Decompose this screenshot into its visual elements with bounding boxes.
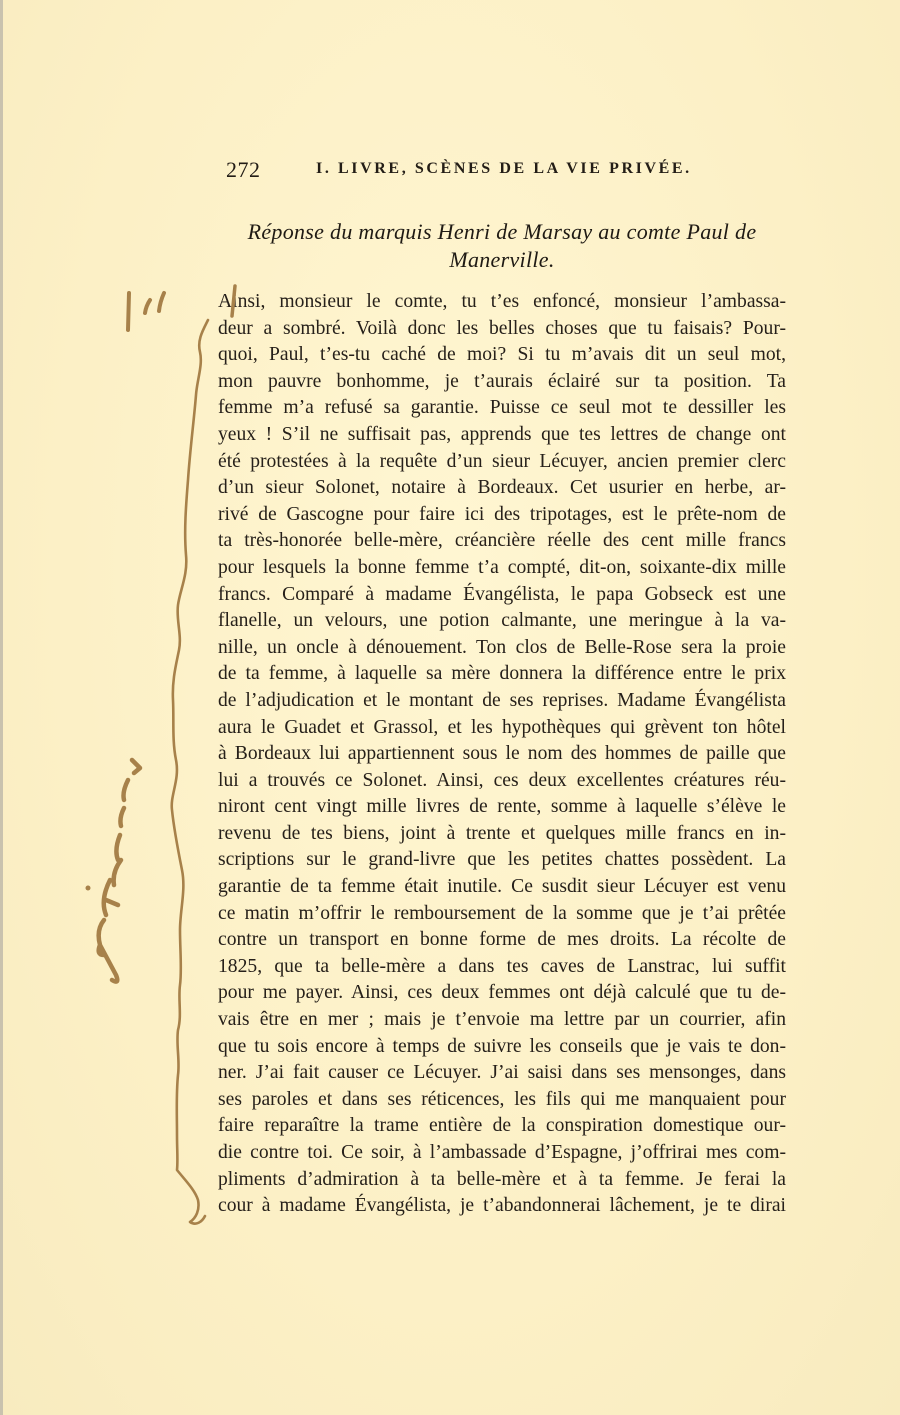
body-line: de l’adjudication et le montant de ses r… (218, 688, 786, 715)
body-line: contre un transport en bonne forme de me… (218, 927, 786, 954)
body-line: deur a sombré. Voilà donc les belles cho… (218, 316, 786, 343)
body-line: garantie de ta femme était inutile. Ce s… (218, 874, 786, 901)
letter-heading-line-1: Réponse du marquis Henri de Marsay au co… (214, 218, 790, 246)
running-head-title: I. LIVRE, SCÈNES DE LA VIE PRIVÉE. (316, 160, 692, 178)
body-line: cour à madame Évangélista, je t’abandonn… (218, 1193, 786, 1220)
letter-heading-line-2: Manerville. (214, 246, 790, 274)
letter-heading: Réponse du marquis Henri de Marsay au co… (214, 218, 790, 274)
body-line: francs. Comparé à madame Évangélista, le… (218, 582, 786, 609)
body-line: revenu de tes biens, joint à trente et q… (218, 821, 786, 848)
body-line: d’un sieur Solonet, notaire à Bordeaux. … (218, 475, 786, 502)
body-line: nille, un oncle à dénouement. Ton clos d… (218, 635, 786, 662)
body-line: aura le Guadet et Grassol, et les hypoth… (218, 715, 786, 742)
body-line: à Bordeaux lui appartiennent sous le nom… (218, 741, 786, 768)
body-line: été protestées à la requête d’un sieur L… (218, 449, 786, 476)
body-line: yeux ! S’il ne suffisait pas, apprends q… (218, 422, 786, 449)
annotation-bar-icon (128, 293, 129, 330)
annotation-bracket-icon (172, 320, 208, 1224)
body-line: de ta femme, à laquelle sa mère donnera … (218, 661, 786, 688)
body-line: Ainsi, monsieur le comte, tu t’es enfonc… (218, 289, 786, 316)
body-line: ner. J’ai fait causer ce Lécuyer. J’ai s… (218, 1060, 786, 1087)
page-number: 272 (226, 157, 261, 183)
page-edge (0, 0, 3, 1415)
body-line: rivé de Gascogne pour faire ici des trip… (218, 502, 786, 529)
letter-body: Ainsi, monsieur le comte, tu t’es enfonc… (218, 289, 786, 1220)
annotation-quote-icon (145, 300, 150, 313)
body-line: quoi, Paul, t’es-tu caché de moi? Si tu … (218, 342, 786, 369)
body-line: pour me payer. Ainsi, ces deux femmes on… (218, 980, 786, 1007)
body-line: pour lesquels la bonne femme t’a compté,… (218, 555, 786, 582)
body-line: femme m’a refusé sa garantie. Puisse ce … (218, 395, 786, 422)
body-line: faire reparaître la trame entière de la … (218, 1113, 786, 1140)
body-line: ce matin m’offrir le remboursement de la… (218, 901, 786, 928)
body-line: 1825, que ta belle-mère a dans tes caves… (218, 954, 786, 981)
body-line: mon pauvre bonhomme, je t’aurais éclairé… (218, 369, 786, 396)
body-line: vais être en mer ; mais je t’envoie ma l… (218, 1007, 786, 1034)
signature-icon (99, 760, 140, 982)
annotation-quote-icon (159, 293, 164, 311)
body-line: scriptions sur le grand-livre que les pe… (218, 847, 786, 874)
body-line: que tu sois encore à temps de suivre les… (218, 1034, 786, 1061)
body-line: die contre toi. Ce soir, à l’ambassade d… (218, 1140, 786, 1167)
body-line: ses paroles et dans ses réticences, les … (218, 1087, 786, 1114)
book-page: 272 I. LIVRE, SCÈNES DE LA VIE PRIVÉE. R… (0, 0, 900, 1415)
body-line: niront cent vingt mille livres de rente,… (218, 794, 786, 821)
body-line: flanelle, un velours, une potion calmant… (218, 608, 786, 635)
running-head: 272 I. LIVRE, SCÈNES DE LA VIE PRIVÉE. (226, 157, 696, 185)
signature-dot-icon (86, 886, 91, 891)
body-line: pliments d’admiration à ta belle-mère et… (218, 1167, 786, 1194)
body-line: ta très-honorée belle-mère, créancière r… (218, 528, 786, 555)
body-line: lui a trouvés ce Solonet. Ainsi, ces deu… (218, 768, 786, 795)
